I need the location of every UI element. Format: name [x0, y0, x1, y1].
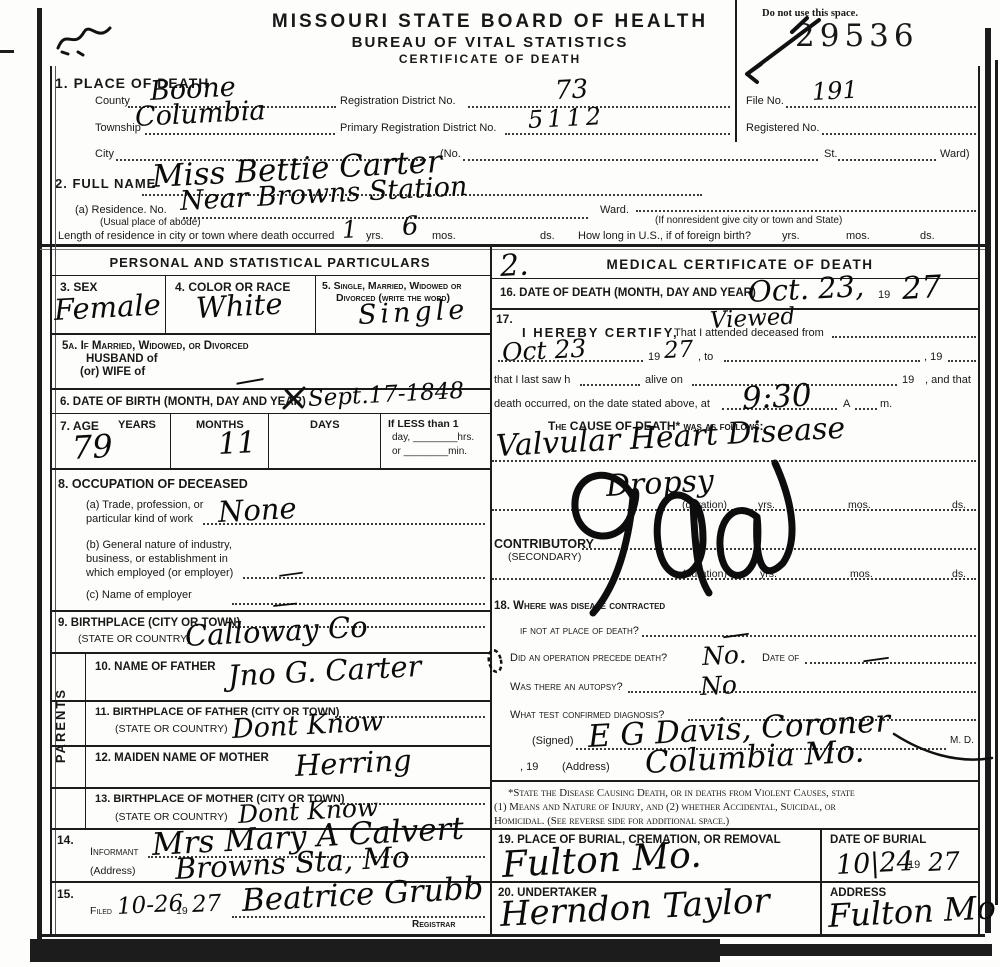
file-no-value: 191 — [811, 78, 858, 104]
certify-from-line — [832, 336, 976, 338]
length-residence-label: Length of residence in city or town wher… — [58, 231, 334, 243]
length-ds-label: ds. — [540, 231, 555, 243]
occ-b-value: — — [276, 559, 305, 588]
father-name-label: 10. NAME OF FATHER — [95, 661, 216, 673]
lc-line-10 — [50, 787, 490, 789]
length-yrs-label: yrs. — [366, 231, 384, 243]
certify-viewed-value: Viewed — [709, 306, 795, 333]
reg-district-label: Registration District No. — [340, 96, 456, 108]
sex-value: Female — [53, 290, 161, 325]
occ-a-label-1: (a) Trade, profession, or — [86, 500, 203, 512]
footnote-line-3: Homicidal. (See reverse side for additio… — [494, 816, 729, 827]
footnote-line-2: (1) Means and Nature of Injury, and (2) … — [494, 802, 836, 813]
alive-label: alive on — [645, 375, 683, 387]
signed-label: (Signed) — [532, 736, 574, 748]
dod-year-value: 27 — [901, 272, 942, 305]
ward-label: Ward) — [940, 149, 970, 161]
certify-to-label: , to — [698, 352, 713, 364]
mother-name-label: 12. MAIDEN NAME OF MOTHER — [95, 752, 269, 764]
check-arrow-mark — [737, 12, 827, 84]
duration-2-mos: mos. — [850, 569, 873, 580]
lc-line-4 — [50, 413, 490, 414]
length-years-value: 1 — [341, 217, 358, 242]
filed-date-value: 10-26 — [116, 893, 183, 919]
age-cell-divider-2 — [268, 413, 269, 468]
occ-a-value: None — [217, 494, 297, 527]
informant-addr-label: (Address) — [90, 866, 136, 877]
certify-from-19: 19 — [648, 352, 660, 364]
column-divider — [490, 246, 492, 936]
occ-b-label-1: (b) General nature of industry, — [86, 540, 232, 552]
married-to-label-2: HUSBAND of — [86, 353, 158, 365]
death-certificate-scan: MISSOURI STATE BOARD OF HEALTH BUREAU OF… — [0, 0, 1000, 967]
lc-line-2 — [50, 333, 490, 335]
border-left-inner — [55, 66, 56, 936]
registered-no-label: Registered No. — [746, 123, 819, 135]
mother-name-value: Herring — [294, 746, 412, 781]
certify-num: 17. — [496, 313, 513, 326]
mother-birthplace-label-2: (STATE OR COUNTRY) — [115, 812, 228, 823]
signed-addr-label: (Address) — [562, 762, 610, 774]
andthat-label: , and that — [925, 375, 971, 387]
midrule-heavy — [40, 244, 985, 247]
filed-label: Filed — [90, 906, 112, 917]
org-title: MISSOURI STATE BOARD OF HEALTH — [230, 12, 750, 32]
residence-label: (a) Residence. No. — [75, 205, 167, 217]
age-years-label: YEARS — [118, 420, 156, 432]
scan-edge-right — [985, 28, 991, 933]
age-years-value: 79 — [71, 430, 113, 464]
age-cell-divider-3 — [380, 413, 381, 468]
ward2-line — [636, 210, 976, 212]
primary-reg-label: Primary Registration District No. — [340, 123, 496, 135]
burial-year-value: 27 — [927, 848, 960, 875]
st-line — [838, 159, 936, 161]
disease-contracted-label: 18. Where was disease contracted — [494, 600, 665, 612]
lc-line-6 — [50, 610, 490, 612]
border-right — [978, 66, 980, 936]
dob-label: 6. DATE OF BIRTH (MONTH, DAY AND YEAR) — [60, 396, 306, 408]
occ-c-line — [232, 603, 485, 605]
dob-value: Sept.17-1848 — [307, 380, 464, 411]
ifnot-line — [642, 635, 976, 637]
howlong-us-label: How long in U.S., if of foreign birth? — [578, 231, 751, 243]
father-birthplace-label-2: (STATE OR COUNTRY) — [115, 724, 228, 735]
occ-b-label-3: which employed (or employer) — [86, 568, 233, 580]
am-line — [855, 408, 877, 410]
registrar-label: Registrar — [412, 920, 455, 931]
no-line — [463, 159, 818, 161]
undertaker-addr-value: Fulton Mo — [827, 891, 996, 932]
lc-line-1 — [50, 275, 490, 276]
bureau-title: BUREAU OF VITAL STATISTICS — [230, 35, 750, 51]
reg-district-value: 73 — [554, 76, 588, 104]
left-column-header: PERSONAL AND STATISTICAL PARTICULARS — [50, 256, 490, 270]
primary-reg-value: 5112 — [527, 104, 605, 132]
duration-2-ds: ds. — [952, 569, 966, 580]
burial-place-value: Fulton Mo. — [501, 838, 702, 884]
autopsy-line — [628, 691, 976, 693]
am-a-label: A — [843, 399, 850, 411]
occupation-title: 8. OCCUPATION OF DECEASED — [58, 478, 248, 491]
death-occurred-label: death occurred, on the date stated above… — [494, 399, 710, 411]
autopsy-value: No — [699, 672, 737, 699]
margin-oval-mark — [486, 648, 504, 674]
scan-edge-bottom-right — [720, 944, 992, 956]
us-mos-label: mos. — [846, 231, 870, 243]
date-of-death-label: 16. DATE OF DEATH (MONTH, DAY AND YEAR) — [500, 287, 756, 299]
right-column-header: MEDICAL CERTIFICATE OF DEATH — [520, 258, 960, 272]
ifnot-label: if not at place of death? — [520, 626, 639, 638]
less-than-label-3: or ________min. — [392, 447, 467, 458]
signed-addr-value: Columbia Mo. — [644, 737, 865, 779]
dod-19: 19 — [878, 290, 890, 302]
birthplace-value: Calloway Co — [184, 612, 368, 651]
date-of-death-value: Oct. 23, — [747, 272, 865, 307]
scan-edge-bottom — [30, 939, 720, 962]
lc-line-5 — [50, 468, 490, 470]
scan-edge-right-thin — [995, 60, 998, 905]
lc-line-7 — [50, 652, 490, 654]
city-label: City — [95, 149, 114, 161]
us-yrs-label: yrs. — [782, 231, 800, 243]
filed-num: 15. — [57, 888, 74, 901]
duration-1-mos: mos. — [848, 500, 871, 511]
rc-line-heavy — [490, 780, 980, 782]
dob-scrawl-mark — [282, 386, 308, 410]
autopsy-label: Was there an autopsy? — [510, 682, 623, 694]
age-days-label: DAYS — [310, 420, 340, 432]
residence-line — [183, 217, 588, 219]
operation-label: Did an operation precede death? — [510, 653, 667, 665]
married-to-label-3: (or) WIFE of — [80, 366, 145, 378]
large-scrawl-mark — [545, 455, 805, 620]
file-no-line — [786, 106, 976, 108]
birthplace-label-2: (STATE OR COUNTRY) — [78, 634, 191, 645]
alive-19: 19 — [902, 375, 914, 387]
lastsaw-line-1 — [580, 384, 640, 386]
parents-strip-divider — [85, 652, 86, 828]
abode-note: (Usual place of abode) — [100, 218, 201, 229]
length-months-value: 6 — [401, 213, 419, 240]
father-name-value: Jno G. Carter — [227, 652, 422, 691]
registered-no-line — [822, 133, 976, 135]
full-name-title: 2. FULL NAME — [55, 177, 156, 191]
time-value: 9:30 — [741, 380, 812, 415]
age-months-value: 11 — [217, 428, 257, 460]
lastsaw-label: that I last saw h — [494, 375, 570, 387]
certify-to-19: , 19 — [924, 352, 942, 364]
filed-year-value: 27 — [191, 892, 221, 917]
lc-line-8 — [50, 700, 490, 702]
age-cell-divider-1 — [170, 413, 171, 468]
sex-cell-divider — [165, 275, 166, 333]
scan-edge-left-tick — [0, 50, 14, 53]
border-bottom — [40, 934, 985, 937]
no-label: (No. — [440, 149, 461, 161]
married-to-value: — — [232, 363, 267, 398]
burial-cell-divider — [820, 828, 822, 935]
am-m-label: m. — [880, 399, 892, 411]
us-ds-label: ds. — [920, 231, 935, 243]
county-label: County — [95, 96, 130, 108]
certify-to-line — [724, 360, 920, 362]
lc-line-9 — [50, 745, 490, 747]
township-line — [145, 133, 335, 135]
st-label: St. — [824, 149, 837, 161]
occ-a-label-2: particular kind of work — [86, 514, 193, 526]
certify-from-year: 27 — [663, 338, 693, 363]
marital-value: Single — [357, 296, 469, 329]
less-than-label-2: day, ________hrs. — [392, 433, 474, 444]
father-birthplace-value: Dont Know — [231, 708, 384, 743]
corner-scribble-mark — [52, 18, 132, 58]
certificate-title: CERTIFICATE OF DEATH — [230, 53, 750, 66]
informant-num: 14. — [57, 834, 74, 847]
race-cell-divider — [315, 275, 316, 333]
marital-label-1: 5. Single, Married, Widowed or — [322, 281, 461, 292]
occ-c-label: (c) Name of employer — [86, 590, 192, 602]
race-value: White — [195, 289, 283, 322]
border-left — [50, 66, 52, 936]
signature-tail-mark — [892, 728, 996, 772]
file-no-label: File No. — [746, 96, 784, 108]
occ-b-label-2: business, or establishment in — [86, 554, 228, 566]
ward2-label: Ward. — [600, 205, 629, 217]
operation-value: No. — [701, 642, 747, 669]
less-than-label-1: If LESS than 1 — [388, 419, 459, 430]
certify-date-line — [498, 360, 643, 362]
footnote-line-1: *State the Disease Causing Death, or in … — [508, 788, 855, 799]
filed-19: 19 — [176, 906, 188, 917]
township-value: Columbia — [134, 97, 266, 131]
burial-date-value: 10|24 — [835, 848, 914, 879]
dateof-label: Date of — [762, 653, 799, 665]
certify-to-19-line — [948, 360, 976, 362]
length-mos-label: mos. — [432, 231, 456, 243]
nonresident-note: (If nonresident give city or town and St… — [655, 216, 842, 227]
informant-label: Informant — [90, 847, 138, 859]
dateof-value: — — [860, 642, 892, 674]
signed-19-label: , 19 — [520, 762, 538, 774]
township-label: Township — [95, 123, 141, 135]
duration-1-ds: ds. — [952, 500, 966, 511]
burial-19: 19 — [908, 860, 920, 872]
burial-date-label: DATE OF BURIAL — [830, 834, 926, 846]
scan-edge-left — [37, 8, 42, 943]
married-to-label-1: 5a. If Married, Widowed, or Divorced — [62, 340, 249, 352]
